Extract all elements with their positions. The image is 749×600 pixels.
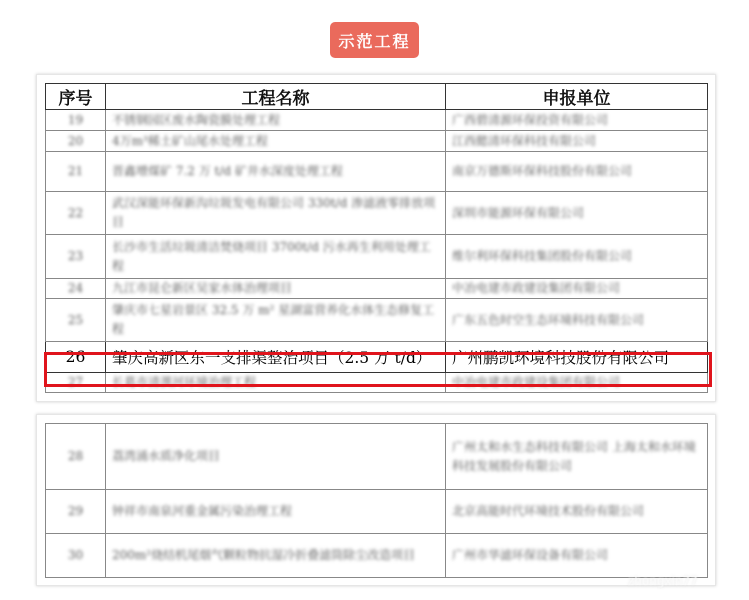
row-project-name: 晋鑫增煤矿 7.2 万 t/d 矿井水深度处理工程 [112, 162, 343, 181]
table-sheet-1: 序号 工程名称 申报单位 19 不锈钢园区废水陶瓷膜处理工程 广西碧清源环保投资… [36, 74, 716, 402]
table-row: 30 200m²烧结机尾烟气颗粒物抗湿冷折叠滤筒除尘改造项目 广州市华滤环保设备… [46, 534, 708, 578]
row-applicant-unit: 广西碧清源环保投资有限公司 [452, 111, 608, 130]
row-applicant-unit: 北京高能时代环境技术股份有限公司 [452, 502, 644, 521]
row-project-name: 肇庆高新区东一支排渠整治项目（2.5 万 t/d） [106, 342, 446, 373]
row-no: 28 [68, 447, 83, 466]
row-project-name: 不锈钢园区废水陶瓷膜处理工程 [112, 111, 280, 130]
row-project-name: 长沙市生活垃圾清洁焚烧项目 3700t/d 污水再生利用处理工程 [112, 238, 439, 276]
watermark: zhongxin77 [628, 574, 698, 588]
row-project-name: 肇庆市七星岩景区 32.5 万 m² 星湖富营养化水体生态修复工程 [112, 301, 439, 339]
row-no: 19 [68, 111, 83, 130]
table-row: 24 九江市昆仑新区吴家水体治理项目 中冶电建市政建设集团有限公司 [46, 279, 708, 299]
row-no: 20 [68, 132, 83, 151]
row-no: 24 [68, 279, 83, 298]
row-project-name: 200m²烧结机尾烟气颗粒物抗湿冷折叠滤筒除尘改造项目 [112, 546, 415, 565]
row-applicant-unit: 中冶电建市政建设集团有限公司 [452, 279, 620, 298]
row-no: 30 [68, 546, 83, 565]
row-project-name: 4万m³稀土矿山尾水处理工程 [112, 132, 268, 151]
row-no: 21 [68, 162, 83, 181]
table-row: 21 晋鑫增煤矿 7.2 万 t/d 矿井水深度处理工程 南京万德斯环保科技股份… [46, 152, 708, 192]
row-project-name: 钟祥市南泉河重金属污染治理工程 [112, 502, 292, 521]
table-row: 27 长葛市清潩河环境治理工程 中冶电建市政建设集团有限公司 [46, 373, 708, 393]
table-row: 28 荔湾涌水质净化项目 广州太和水生态科技有限公司 上海太和水环境科技发展股份… [46, 424, 708, 490]
project-table-part-1: 序号 工程名称 申报单位 19 不锈钢园区废水陶瓷膜处理工程 广西碧清源环保投资… [45, 83, 708, 393]
row-no: 22 [68, 204, 83, 223]
row-no: 26 [46, 342, 106, 373]
demo-project-badge: 示范工程 [330, 22, 419, 58]
row-project-name: 长葛市清潩河环境治理工程 [112, 373, 256, 392]
row-project-name: 九江市昆仑新区吴家水体治理项目 [112, 279, 292, 298]
header-project-name: 工程名称 [106, 84, 446, 110]
table-row: 25 肇庆市七星岩景区 32.5 万 m² 星湖富营养化水体生态修复工程 广东五… [46, 299, 708, 342]
project-table-part-2: 28 荔湾涌水质净化项目 广州太和水生态科技有限公司 上海太和水环境科技发展股份… [45, 423, 708, 578]
row-applicant-unit: 广东五色时空生态环境科技有限公司 [452, 311, 644, 330]
table-sheet-2: 28 荔湾涌水质净化项目 广州太和水生态科技有限公司 上海太和水环境科技发展股份… [36, 414, 716, 586]
highlighted-table-row: 26 肇庆高新区东一支排渠整治项目（2.5 万 t/d） 广州鹏凯环境科技股份有… [46, 342, 708, 373]
row-no: 25 [68, 311, 83, 330]
table-row: 29 钟祥市南泉河重金属污染治理工程 北京高能时代环境技术股份有限公司 [46, 490, 708, 534]
table-header-row: 序号 工程名称 申报单位 [46, 84, 708, 110]
header-serial-no: 序号 [46, 84, 106, 110]
row-applicant-unit: 广州太和水生态科技有限公司 上海太和水环境科技发展股份有限公司 [452, 438, 701, 476]
row-applicant-unit: 广州市华滤环保设备有限公司 [452, 546, 608, 565]
row-project-name: 荔湾涌水质净化项目 [112, 447, 220, 466]
row-applicant-unit: 中冶电建市政建设集团有限公司 [452, 373, 620, 392]
row-no: 29 [68, 502, 83, 521]
table-row: 20 4万m³稀土矿山尾水处理工程 江西懿清环保科技有限公司 [46, 131, 708, 152]
row-no: 23 [68, 247, 83, 266]
row-applicant-unit: 江西懿清环保科技有限公司 [452, 132, 596, 151]
table-row: 23 长沙市生活垃圾清洁焚烧项目 3700t/d 污水再生利用处理工程 维尔利环… [46, 235, 708, 279]
row-project-name: 武汉深能环保新沟垃圾发电有限公司 330t/d 渗滤液零排放项目 [112, 194, 439, 232]
row-applicant-unit: 深圳市能源环保有限公司 [452, 204, 584, 223]
row-applicant-unit: 南京万德斯环保科技股份有限公司 [452, 162, 632, 181]
row-no: 27 [68, 373, 83, 392]
row-applicant-unit: 广州鹏凯环境科技股份有限公司 [446, 342, 708, 373]
table-row: 22 武汉深能环保新沟垃圾发电有限公司 330t/d 渗滤液零排放项目 深圳市能… [46, 192, 708, 235]
table-row: 19 不锈钢园区废水陶瓷膜处理工程 广西碧清源环保投资有限公司 [46, 110, 708, 131]
row-applicant-unit: 维尔利环保科技集团股份有限公司 [452, 247, 632, 266]
header-applicant-unit: 申报单位 [446, 84, 708, 110]
